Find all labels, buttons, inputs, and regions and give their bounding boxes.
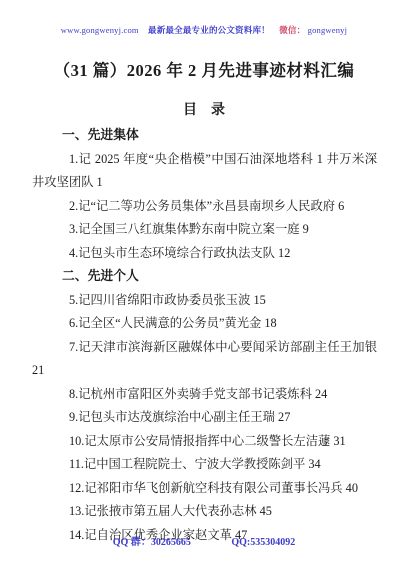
toc-item: 12.记祁阳市华飞创新航空科技有限公司董事长冯兵 40	[32, 477, 377, 501]
toc-item: 4.记包头市生态环境综合行政执法支队 12	[32, 242, 377, 266]
toc-item: 13.记张掖市第五届人大代表孙志林 45	[32, 500, 377, 524]
toc-item: 8.记杭州市富阳区外卖骑手党支部书记裘炼科 24	[32, 383, 377, 407]
toc-item: 6.记全区“人民满意的公务员”黄光金 18	[32, 312, 377, 336]
header-wechat-label: 微信：	[279, 25, 305, 35]
page-header: www.gongwenyj.com 最新最全最专业的公文资料库！ 微信： gon…	[0, 24, 408, 36]
toc-item: 2.记“记二等功公务员集体”永昌县南坝乡人民政府 6	[32, 195, 377, 219]
toc-item: 1.记 2025 年度“央企楷模”中国石油深地塔科 1 井万米深井攻坚团队 1	[32, 148, 377, 195]
footer-qq-group: QQ 群：30265665	[113, 537, 191, 548]
header-site-url[interactable]: www.gongwenyj.com	[61, 25, 139, 35]
document-page: www.gongwenyj.com 最新最全最专业的公文资料库！ 微信： gon…	[0, 0, 408, 580]
footer-qq: QQ:535304092	[231, 537, 295, 548]
page-footer: QQ 群：30265665 QQ:535304092	[0, 533, 408, 548]
header-slogan: 最新最全最专业的公文资料库！	[148, 25, 270, 35]
toc-item: 9.记包头市达茂旗综治中心副主任王瑞 27	[32, 406, 377, 430]
toc-section-heading-collectives: 一、先进集体	[32, 124, 377, 148]
header-wechat-id: gongwenyj	[308, 25, 348, 35]
toc-item: 10.记太原市公安局情报指挥中心二级警长左洁蘧 31	[32, 430, 377, 454]
toc-item: 5.记四川省绵阳市政协委员张玉波 15	[32, 289, 377, 313]
toc-item: 11.记中国工程院院士、宁波大学教授陈剑平 34	[32, 453, 377, 477]
toc-item: 7.记天津市滨海新区融媒体中心要闻采访部副主任王加银 21	[32, 336, 377, 383]
table-of-contents: 一、先进集体 1.记 2025 年度“央企楷模”中国石油深地塔科 1 井万米深井…	[32, 124, 377, 547]
toc-item: 3.记全国三八红旗集体黔东南中院立案一庭 9	[32, 218, 377, 242]
toc-heading: 目 录	[0, 99, 408, 119]
document-title: （31 篇）2026 年 2 月先进事迹材料汇编	[0, 57, 408, 81]
toc-section-heading-individuals: 二、先进个人	[32, 265, 377, 289]
